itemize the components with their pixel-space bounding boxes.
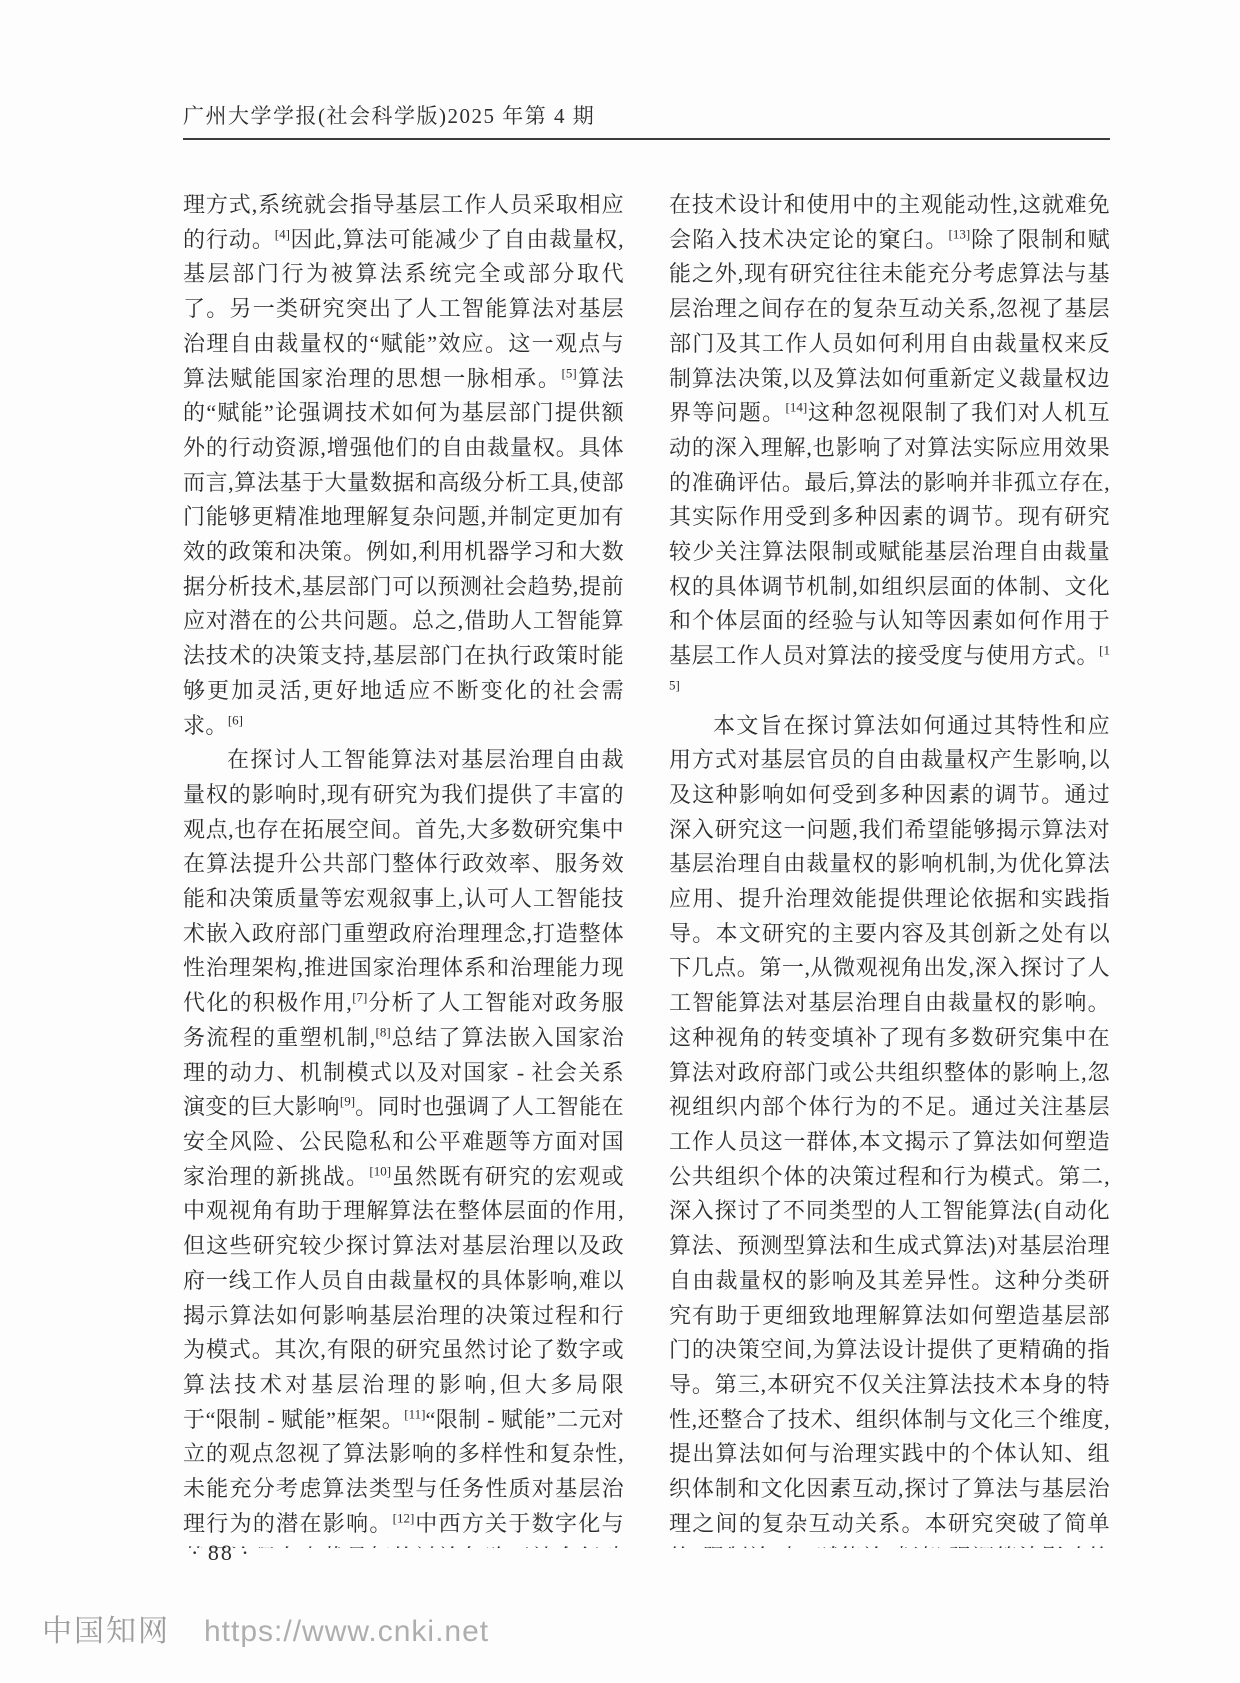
cnki-brand-text: 中国知网 xyxy=(42,1606,170,1650)
citation-ref: [13] xyxy=(949,226,971,241)
paragraph: 在探讨人工智能算法对基层治理自由裁量权的影响时,现有研究为我们提供了丰富的观点,… xyxy=(183,743,624,1548)
cnki-watermark: 中国知网 https://www.cnki.net xyxy=(42,1606,489,1650)
scanned-paper-page: 广州大学学报(社会科学版)2025 年第 4 期 理方式,系统就会指导基层工作人… xyxy=(0,0,1240,1683)
journal-header: 广州大学学报(社会科学版)2025 年第 4 期 xyxy=(183,100,595,130)
citation-ref: [15] xyxy=(669,643,1110,693)
citation-ref: [10] xyxy=(369,1163,391,1178)
left-column: 理方式,系统就会指导基层工作人员采取相应的行动。[4]因此,算法可能减少了自由裁… xyxy=(183,188,624,1548)
header-rule-divider xyxy=(183,138,1110,140)
paragraph: 在技术设计和使用中的主观能动性,这就难免会陷入技术决定论的窠臼。[13]除了限制… xyxy=(669,188,1110,709)
cnki-url-text: https://www.cnki.net xyxy=(204,1615,489,1649)
citation-ref: [12] xyxy=(393,1510,415,1525)
citation-ref: [7] xyxy=(352,990,367,1005)
citation-ref: [11] xyxy=(404,1406,425,1421)
citation-ref: [8] xyxy=(376,1025,391,1040)
citation-ref: [9] xyxy=(340,1094,355,1109)
citation-ref: [4] xyxy=(275,226,290,241)
paragraph: 理方式,系统就会指导基层工作人员采取相应的行动。[4]因此,算法可能减少了自由裁… xyxy=(183,188,624,743)
page-number: · 88 · xyxy=(191,1540,251,1566)
paragraph: 本文旨在探讨算法如何通过其特性和应用方式对基层官员的自由裁量权产生影响,以及这种… xyxy=(669,709,1110,1548)
citation-ref: [6] xyxy=(228,712,243,727)
article-body: 理方式,系统就会指导基层工作人员采取相应的行动。[4]因此,算法可能减少了自由裁… xyxy=(183,188,1110,1548)
citation-ref: [5] xyxy=(562,365,577,380)
citation-ref: [14] xyxy=(785,400,807,415)
right-column: 在技术设计和使用中的主观能动性,这就难免会陷入技术决定论的窠臼。[13]除了限制… xyxy=(669,188,1110,1548)
